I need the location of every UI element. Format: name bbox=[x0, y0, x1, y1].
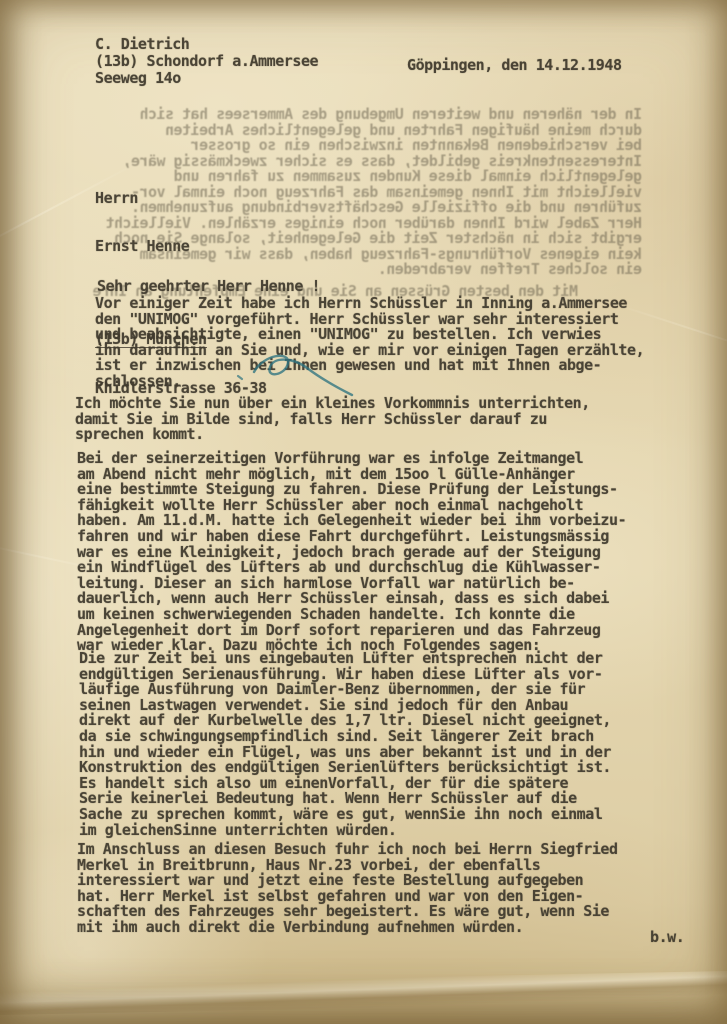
salutation: Sehr geehrter Herr Henne ! bbox=[97, 279, 320, 295]
recipient-name: Ernst Henne bbox=[95, 238, 267, 254]
recipient-salutation-word: Herrn bbox=[95, 190, 267, 206]
scanned-letter-page: In der näheren und weiteren Umgebung des… bbox=[0, 0, 727, 1024]
dateline: Göppingen, den 14.12.1948 bbox=[407, 58, 622, 74]
sender-address: C. Dietrich (13b) Schondorf a.Ammersee S… bbox=[95, 36, 318, 87]
paragraph-2: Ich möchte Sie nun über ein kleines Vork… bbox=[75, 396, 590, 443]
paragraph-1: Vor einiger Zeit habe ich Herrn Schüssle… bbox=[95, 296, 644, 390]
paragraph-3: Bei der seinerzeitigen Vorführung war es… bbox=[77, 451, 626, 654]
paragraph-5: Im Anschluss an diesen Besuch fuhr ich n… bbox=[77, 842, 618, 936]
turn-over-note: b.w. bbox=[650, 930, 684, 946]
paragraph-4: Die zur Zeit bei uns eingebauten Lüfter … bbox=[79, 651, 611, 838]
